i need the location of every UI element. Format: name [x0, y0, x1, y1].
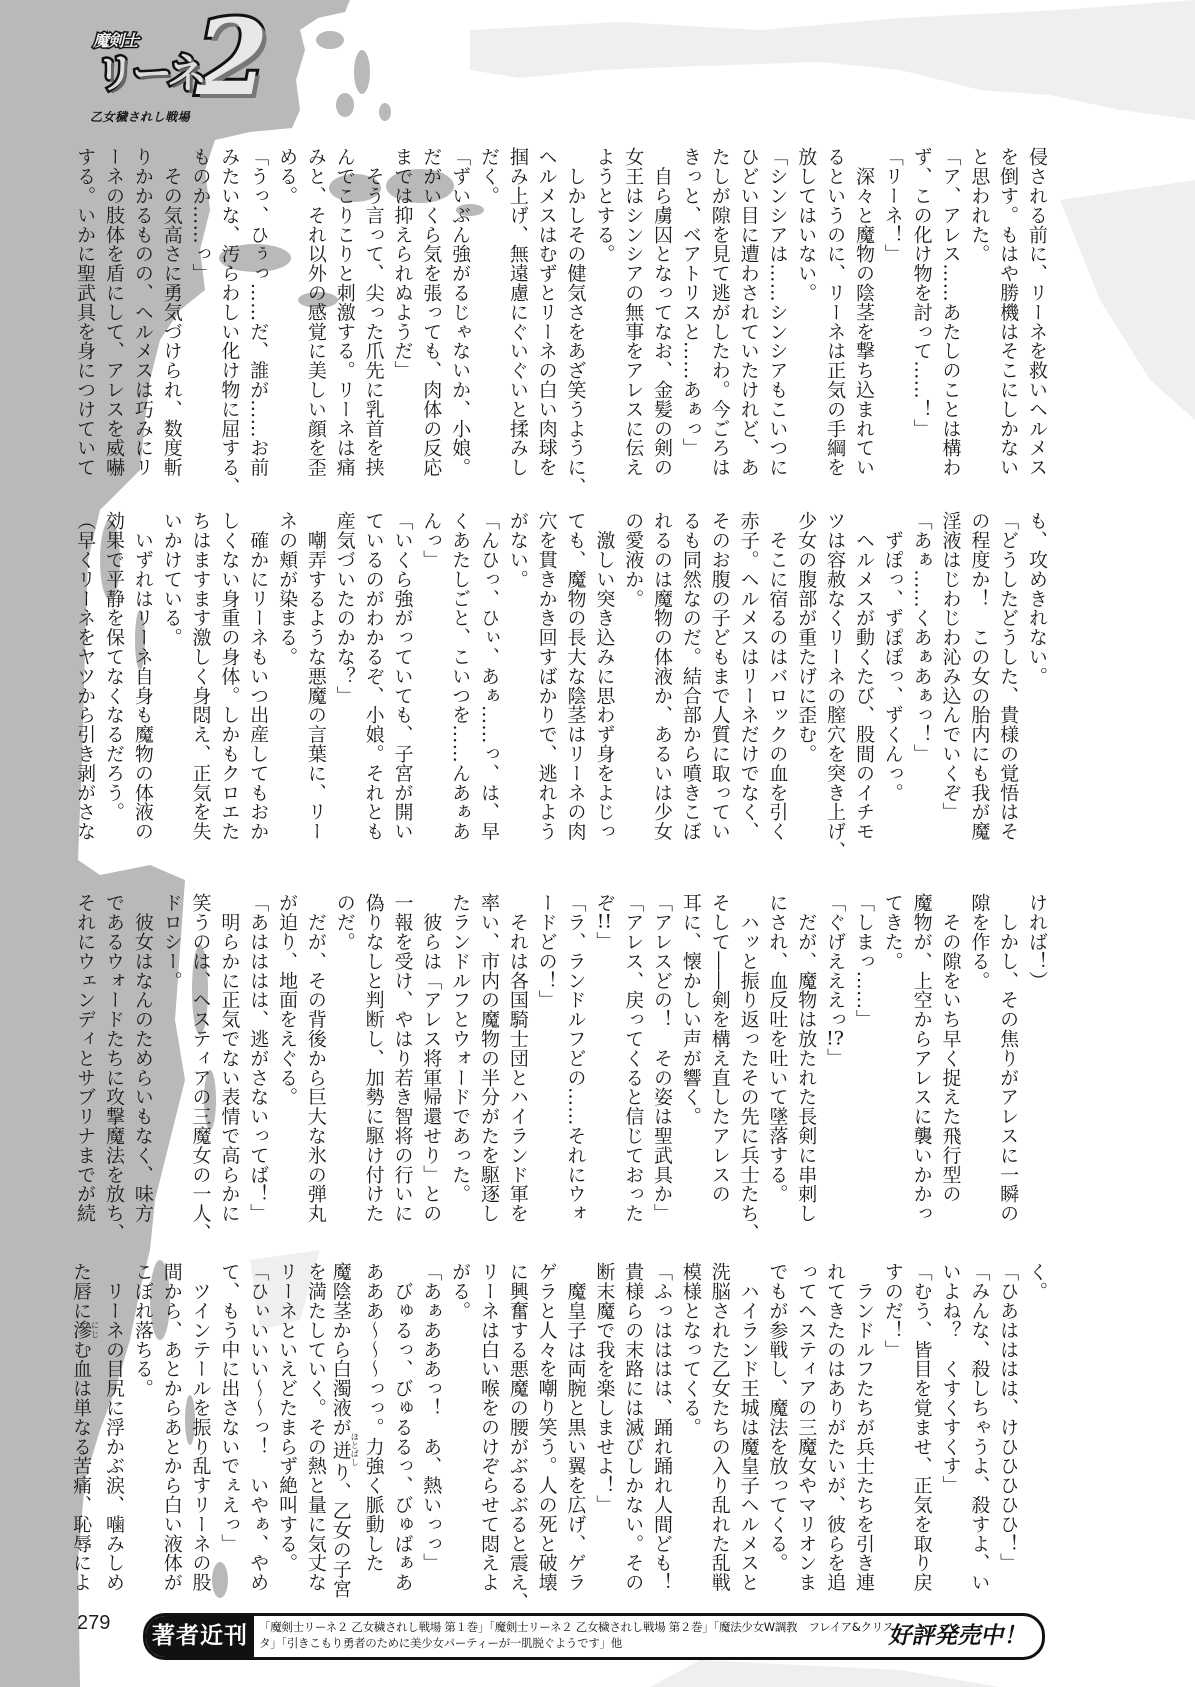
text-tier: も、攻めきれない。「どうしたどうした、貴様の覚悟はその程度か！ この女の胎内にも… — [69, 511, 1051, 843]
text-column: であるウォードたちに攻撃魔法を放ち、 — [99, 893, 128, 1225]
text-column: ひどい目に遭わされていたけれど、あ — [734, 147, 763, 479]
text-column: それは各国騎士団とハイランド軍を — [503, 893, 532, 1225]
text-column: 彼女はなんのためらいもなく、味方 — [128, 893, 157, 1225]
book-list-line: 「魔剣士リーネ２ 乙女穢されし戦場 第１巻」「魔剣士リーネ２ 乙女穢されし戦場 … — [259, 1619, 894, 1635]
text-column: いずれはリーネ自身も魔物の体液の — [128, 511, 157, 843]
text-column: れてきたのはありがたいが、彼らを追 — [820, 1262, 849, 1594]
text-tier: 侵される前に、リーネを救いヘルメスを倒す。もはや勝機はそこにしかないと思われた。… — [69, 147, 1051, 479]
text-column: てきた。 — [878, 893, 907, 1225]
text-column: くあたしごと、こいつを……んあぁあ — [445, 511, 474, 843]
text-column: ても、魔物の長大な陰茎はリーネの肉 — [561, 511, 590, 843]
text-column: たランドルフとウォードであった。 — [445, 893, 474, 1225]
text-column: いよね？ くすくすくす」 — [936, 1262, 965, 1594]
text-column: 穴を貫きかき回すばかりで、逃れよう — [532, 511, 561, 843]
text-column: 「あぁあああっ！ あ、熱いっっ」 — [416, 1262, 445, 1594]
text-column: 少女の腹部が重たげに歪む。 — [791, 511, 820, 843]
text-column: 魔皇子は両腕と黒い翼を広げ、ゲラ — [561, 1262, 590, 1594]
text-column: 「ふっはははは、踊れ踊れ人間ども！ — [647, 1262, 676, 1594]
text-column: のだ。 — [330, 893, 359, 1225]
text-column: しくない身重の身体。しかもクロエた — [215, 511, 244, 843]
text-column: 「んひっ、ひぃ、あぁ……っ、は、早 — [474, 511, 503, 843]
text-column: た唇に滲にじむ血は単なる苦痛、恥辱によ — [70, 1262, 99, 1594]
text-column: 彼らは「アレス将軍帰還せり」との — [416, 893, 445, 1225]
text-column: んでこりこりと刺激する。リーネは痛 — [330, 147, 359, 479]
text-column: を倒す。もはや勝機はそこにしかない — [993, 147, 1022, 479]
book-list: 「魔剣士リーネ２ 乙女穢されし戦場 第１巻」「魔剣士リーネ２ 乙女穢されし戦場 … — [259, 1619, 894, 1651]
text-column: ゲラと人々を嘲り笑う。人の死と破壊 — [532, 1262, 561, 1594]
text-column: 嘲弄するような悪魔の言葉に、リー — [301, 511, 330, 843]
text-column: 一報を受け、やはり若き智将の行いに — [388, 893, 417, 1225]
text-column: 「ひぃいいい～～っ！ いやぁ、やめ — [243, 1262, 272, 1594]
text-column: ハッと振り返ったその先に兵士たち、 — [734, 893, 763, 1225]
text-column: しかし、その焦りがアレスに一瞬の — [993, 893, 1022, 1225]
on-sale-badge: 好評発売中！ — [887, 1621, 1031, 1651]
text-column: そこに宿るのはバロックの血を引く — [763, 511, 792, 843]
text-column: 「ア、アレス……あたしのことは構わ — [936, 147, 965, 479]
text-column: の程度か！ この女の胎内にも我が魔 — [964, 511, 993, 843]
text-column: を満たしていく。その熱と量に気丈な — [301, 1262, 330, 1594]
logo-title: リーネ — [95, 42, 204, 99]
text-column: 「ひあはははは、けひひひひひ！」 — [993, 1262, 1022, 1594]
text-column: する。いかに聖武具を身につけていて — [70, 147, 99, 479]
text-column: 掴み上げ、無遠慮にぐいぐいと揉みし — [503, 147, 532, 479]
text-column: ドロシー。 — [157, 893, 186, 1225]
text-column: 放してはいない。 — [791, 147, 820, 479]
text-column: ぞ!!」 — [590, 893, 619, 1225]
text-column: 耳に、懐かしい声が響く。 — [676, 893, 705, 1225]
text-column: 「いくら強がっていても、子宮が開い — [388, 511, 417, 843]
text-column: ツインテールを振り乱すリーネの股 — [186, 1262, 215, 1594]
series-logo: 2 魔剣士 リーネ 乙女穢されし戦場 — [0, 0, 320, 135]
text-column: ければ！） — [1022, 893, 1051, 1225]
text-column: しかしその健気さをあざ笑うように、 — [561, 147, 590, 479]
text-column: 激しい突き込みに思わず身をよじっ — [590, 511, 619, 843]
text-column: 深々と魔物の陰茎を撃ち込まれてい — [849, 147, 878, 479]
text-column: 自ら虜囚となってなお、金髪の剣の — [647, 147, 676, 479]
text-column: 「アレス、戻ってくると信じておった — [618, 893, 647, 1225]
text-column: ネの頬が染まる。 — [272, 511, 301, 843]
text-column: ヘルメスが動くたび、股間のイチモ — [849, 511, 878, 843]
logo-subtitle: 乙女穢されし戦場 — [90, 108, 190, 125]
ruby-annotation: 滲にじ — [70, 1320, 92, 1339]
text-column: 「ラ、ランドルフどの……それにウォ — [561, 893, 590, 1225]
text-column: が迫り、地面をえぐる。 — [272, 893, 301, 1225]
banner-label: 著者近刊 — [146, 1616, 254, 1657]
text-column: それにウェンディとサブリナまでが続 — [70, 893, 99, 1225]
author-new-releases-banner: 著者近刊 「魔剣士リーネ２ 乙女穢されし戦場 第１巻」「魔剣士リーネ２ 乙女穢さ… — [143, 1613, 1045, 1660]
text-tier: く。「ひあはははは、けひひひひひ！」「みんな、殺しちゃうよ、殺すよ、いいよね？ … — [69, 1262, 1051, 1594]
text-column: 偽りなしと判断し、加勢に駆け付けた — [359, 893, 388, 1225]
text-column: 貴様らの末路には滅びしかない。その — [618, 1262, 647, 1594]
text-column: に興奮する悪魔の腰がぶるぶると震え、 — [503, 1262, 532, 1594]
text-column: める。 — [272, 147, 301, 479]
text-column: 断末魔で我を楽しませよ！」 — [590, 1262, 619, 1594]
text-column: 率い、市内の魔物の半分がたを駆逐し — [474, 893, 503, 1225]
book-list-line: タ」「引きこもり勇者のために美少女パーティーが一肌脱ぐようです」他 — [259, 1635, 894, 1651]
text-column: すのだ！」 — [878, 1262, 907, 1594]
page-number: 279 — [77, 1612, 110, 1635]
text-column: リーネは白い喉をのけぞらせて悶えよ — [474, 1262, 503, 1594]
text-column: だがいくら気を張っても、肉体の反応 — [416, 147, 445, 479]
text-column: 「しまっ……」 — [849, 893, 878, 1225]
text-column: 「うっ、ひぅっ……だ、誰が……お前 — [243, 147, 272, 479]
text-column: いかけている。 — [157, 511, 186, 843]
text-column: 「アレスどの！ その姿は聖武具か」 — [647, 893, 676, 1225]
text-column: その気高さに勇気づけられ、数度斬 — [157, 147, 186, 479]
text-column: ちはますます激しく身悶え、正気を失 — [186, 511, 215, 843]
text-column: その隙をいち早く捉えた飛行型の — [936, 893, 965, 1225]
text-column: りかかるものの、ヘルメスは巧みにリ — [128, 147, 157, 479]
text-column: 模様となってくる。 — [676, 1262, 705, 1594]
text-column: みと、それ以外の感覚に美しい顔を歪 — [301, 147, 330, 479]
text-column: ってヘスティアの三魔女やマリオンま — [791, 1262, 820, 1594]
text-column: だが、その背後から巨大な氷の弾丸 — [301, 893, 330, 1225]
text-column: 赤子。ヘルメスはリーネだけでなく、 — [734, 511, 763, 843]
text-column: 産気づいたのかな？」 — [330, 511, 359, 843]
text-column: 「あはははは、逃がさないってば！」 — [243, 893, 272, 1225]
text-column: と思われた。 — [964, 147, 993, 479]
text-column: ず、この化け物を討って……！」 — [907, 147, 936, 479]
text-column: も、攻めきれない。 — [1022, 511, 1051, 843]
text-column: あああ～～～っっ。力強く脈動した — [359, 1262, 388, 1594]
tate-chu-yoko: !? — [824, 1029, 846, 1048]
text-column: るも同然なのだ。結合部から噴きこぼ — [676, 511, 705, 843]
text-column: 魔物が、上空からアレスに襲いかかっ — [907, 893, 936, 1225]
text-column: んっ」 — [416, 511, 445, 843]
text-column: 「ずいぶん強がるじゃないか、小娘。 — [445, 147, 474, 479]
text-column: ードどの！」 — [532, 893, 561, 1225]
text-column: 侵される前に、リーネを救いヘルメス — [1022, 147, 1051, 479]
text-column: びゅるっ、びゅるるっ、びゅばぁあ — [388, 1262, 417, 1594]
text-column: そう言って、尖った爪先に乳首を挟 — [359, 147, 388, 479]
text-column: 女王はシンシアの無事をアレスに伝え — [618, 147, 647, 479]
text-column: 笑うのは、ヘスティアの三魔女の一人、 — [186, 893, 215, 1225]
text-column: リーネの目尻に浮かぶ涙、噛みしめ — [99, 1262, 128, 1594]
text-column: 間から、あとからあとから白い液体が — [157, 1262, 186, 1594]
text-column: 「リーネ！」 — [878, 147, 907, 479]
text-column: の愛液か。 — [618, 511, 647, 843]
text-column: ランドルフたちが兵士たちを引き連 — [849, 1262, 878, 1594]
text-column: れるのは魔物の体液か、あるいは少女 — [647, 511, 676, 843]
text-column: 「シンシアは……シンシアもこいつに — [763, 147, 792, 479]
text-column: るというのに、リーネは正気の手綱を — [820, 147, 849, 479]
text-column: く。 — [1022, 1262, 1051, 1594]
text-column: がない。 — [503, 511, 532, 843]
text-tier: ければ！） しかし、その焦りがアレスに一瞬の隙を作る。 その隙をいち早く捉えた飛… — [69, 893, 1051, 1225]
text-column: ようとする。 — [590, 147, 619, 479]
text-column: リーネといえどたまらず絶叫する。 — [272, 1262, 301, 1594]
text-column: だく。 — [474, 147, 503, 479]
text-column: 効果で平静を保てなくなるだろう。 — [99, 511, 128, 843]
text-column: たしが隙を見て逃がしたわ。今ごろは — [705, 147, 734, 479]
text-column: までは抑えられぬようだ」 — [388, 147, 417, 479]
text-column: ーネの肢体を盾にして、アレスを威嚇 — [99, 147, 128, 479]
text-column: 明らかに正気でない表情で高らかに — [215, 893, 244, 1225]
text-column: 「みんな、殺しちゃうよ、殺すよ、い — [964, 1262, 993, 1594]
tate-chu-yoko: !! — [593, 912, 615, 931]
text-column: （早くリーネをヤツから引き剥がさな — [70, 511, 99, 843]
text-column: だが、魔物は放たれた長剣に串刺し — [791, 893, 820, 1225]
text-column: ているのがわかるぞ、小娘。それとも — [359, 511, 388, 843]
text-column: 確かにリーネもいつ出産してもおか — [243, 511, 272, 843]
ruby-annotation: 迸ほとばし — [330, 1437, 352, 1463]
text-column: きっと、ベアトリスと……あぁっ」 — [676, 147, 705, 479]
text-column: がる。 — [445, 1262, 474, 1594]
text-column: ツは容赦なくリーネの膣穴を突き上げ、 — [820, 511, 849, 843]
text-column: て、もう中に出さないでぇえっ」 — [215, 1262, 244, 1594]
text-column: そして――剣を構え直したアレスの — [705, 893, 734, 1225]
text-column: 「あぁ……くあぁあぁっ！」 — [907, 511, 936, 843]
text-column: 魔陰茎から白濁液が迸ほとばしり、乙女の子宮 — [330, 1262, 359, 1594]
text-column: にされ、血反吐を吐いて墜落する。 — [763, 893, 792, 1225]
text-column: ハイランド王城は魔皇子ヘルメスと — [734, 1262, 763, 1594]
text-column: 「ぐげえええっ!?」 — [820, 893, 849, 1225]
text-column: 淫液はじわじわ沁み込んでいくぞ」 — [936, 511, 965, 843]
text-column: 「どうしたどうした、貴様の覚悟はそ — [993, 511, 1022, 843]
logo-number: 2 — [196, 6, 268, 110]
text-column: 「むう、皆目を覚ませ、正気を取り戻 — [907, 1262, 936, 1594]
text-column: ずぽっ、ずぽぽっ、ずくんっ。 — [878, 511, 907, 843]
text-column: 隙を作る。 — [964, 893, 993, 1225]
text-column: そのお腹の子どもまで人質に取ってい — [705, 511, 734, 843]
text-column: ものか……っ」 — [186, 147, 215, 479]
text-column: でもが参戦し、魔法を放ってくる。 — [763, 1262, 792, 1594]
text-column: 洗脳された乙女たちの入り乱れた乱戦 — [705, 1262, 734, 1594]
text-column: みたいな、汚らわしい化け物に屈する、 — [215, 147, 244, 479]
text-column: ヘルメスはむずとリーネの白い肉球を — [532, 147, 561, 479]
text-column: こぼれ落ちる。 — [128, 1262, 157, 1594]
